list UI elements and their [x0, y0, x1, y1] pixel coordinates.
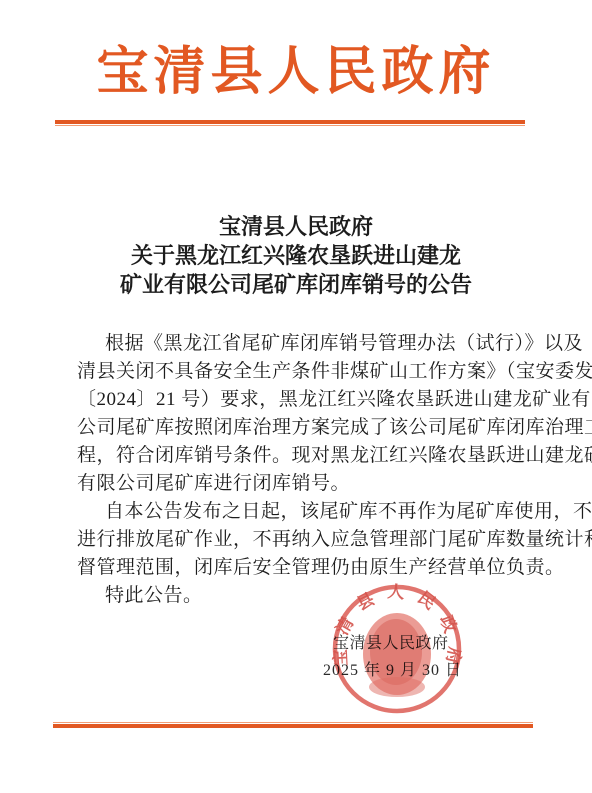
document-page: 宝清县人民政府 宝清县人民政府 关于黑龙江红兴隆农垦跃进山建龙 矿业有限公司尾矿…	[0, 0, 592, 793]
footer-rule-thin	[53, 722, 533, 723]
seal-emblem-smudge	[369, 677, 425, 697]
body-line: 督管理范围，闭库后安全管理仍由原生产经营单位负责。	[77, 554, 513, 582]
body-line: 程，符合闭库销号条件。现对黑龙江红兴隆农垦跃进山建龙矿业	[77, 442, 513, 470]
doc-title-line-1: 宝清县人民政府	[0, 212, 592, 241]
signature-org: 宝清县人民政府	[333, 630, 449, 653]
signature-date: 2025 年 9 月 30 日	[323, 657, 462, 680]
header-rule-thin	[55, 125, 525, 126]
body-line: 进行排放尾矿作业，不再纳入应急管理部门尾矿库数量统计和监	[77, 526, 513, 554]
body-line: 〔2024〕21 号）要求，黑龙江红兴隆农垦跃进山建龙矿业有限	[77, 386, 513, 414]
doc-title-line-2: 关于黑龙江红兴隆农垦跃进山建龙	[0, 241, 592, 270]
body-line: 根据《黑龙江省尾矿库闭库销号管理办法（试行）》以及《宝	[77, 330, 513, 358]
body-line: 有限公司尾矿库进行闭库销号。	[77, 470, 513, 498]
doc-body: 根据《黑龙江省尾矿库闭库销号管理办法（试行）》以及《宝 清县关闭不具备安全生产条…	[77, 330, 513, 610]
closing-line: 特此公告。	[77, 582, 513, 610]
body-line: 自本公告发布之日起，该尾矿库不再作为尾矿库使用，不再	[77, 498, 513, 526]
body-line: 清县关闭不具备安全生产条件非煤矿山工作方案》（宝安委发	[77, 358, 513, 386]
body-line: 公司尾矿库按照闭库治理方案完成了该公司尾矿库闭库治理工	[77, 414, 513, 442]
footer-rule-thick	[53, 724, 533, 728]
seal-emblem	[363, 613, 431, 695]
footer-rule	[53, 722, 533, 729]
header-rule-thick	[55, 120, 525, 124]
letterhead-org-name: 宝清县人民政府	[0, 42, 592, 104]
doc-title-line-3: 矿业有限公司尾矿库闭库销号的公告	[0, 270, 592, 299]
header-rule	[55, 120, 525, 127]
doc-title: 宝清县人民政府 关于黑龙江红兴隆农垦跃进山建龙 矿业有限公司尾矿库闭库销号的公告	[0, 212, 592, 299]
